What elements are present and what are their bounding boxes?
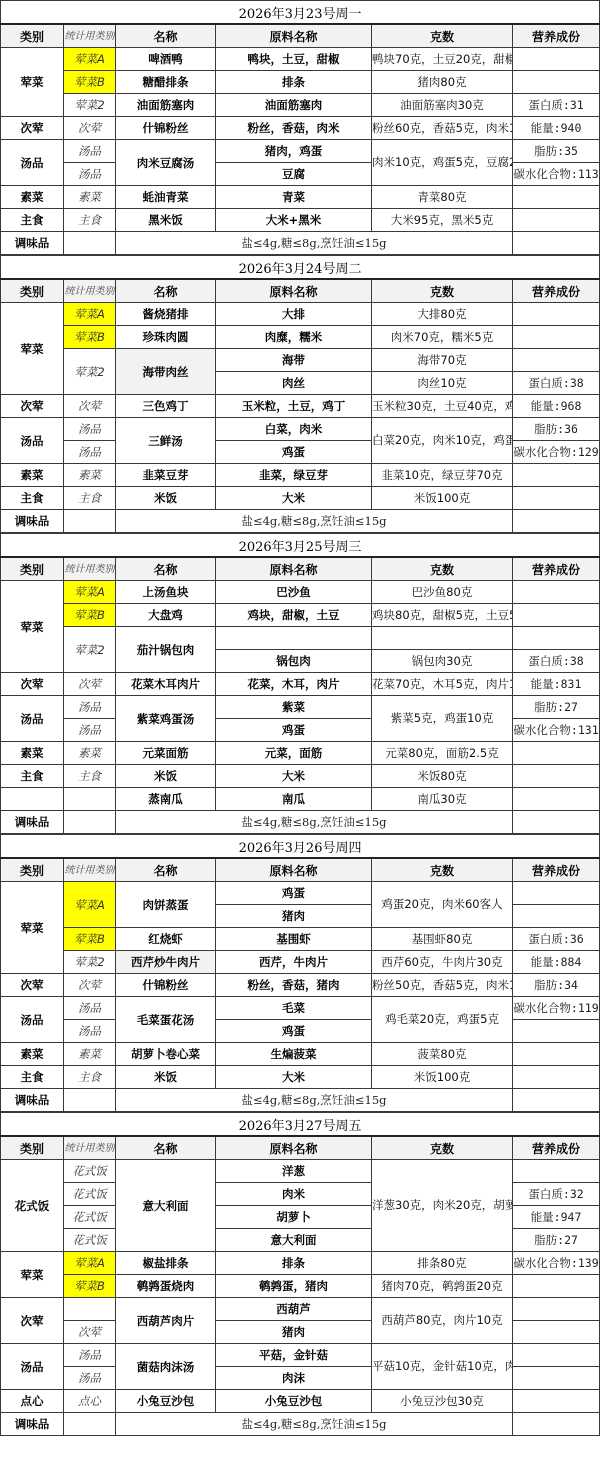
grams-cell: 米饭80克	[372, 765, 513, 788]
dish-name: 三色鸡丁	[116, 395, 216, 418]
day-table-fri: 2026年3月27号周五 类别 统计用类别 名称 原料名称 克数 营养成份 花式…	[0, 1112, 600, 1436]
condiment-limits: 盐≤4g,糖≤8g,烹饪油≤15g	[116, 232, 513, 255]
stat-category-cell	[64, 788, 116, 811]
dish-name: 蚝油青菜	[116, 186, 216, 209]
day-title: 2026年3月23号周一	[1, 1, 600, 25]
nutrition-empty	[513, 71, 600, 94]
header-category: 类别	[1, 557, 64, 581]
stat-category-cell: 汤品	[64, 441, 116, 464]
stat-category-cell: 花式饭	[64, 1160, 116, 1183]
day-title: 2026年3月26号周四	[1, 835, 600, 859]
ingredient-cell: 大米	[216, 487, 372, 510]
dish-name: 大盘鸡	[116, 604, 216, 627]
header-ingredients: 原料名称	[216, 279, 372, 303]
condiment-stat-empty	[64, 1089, 116, 1112]
grams-cell: 排条80克	[372, 1252, 513, 1275]
category-cell: 素菜	[1, 464, 64, 487]
nutrition-empty	[513, 1298, 600, 1321]
nutrition-empty	[513, 1367, 600, 1390]
dish-name: 米饭	[116, 487, 216, 510]
header-name: 名称	[116, 858, 216, 882]
dish-name: 油面筋塞肉	[116, 94, 216, 117]
stat-category-cell: 花式饭	[64, 1206, 116, 1229]
day-table-thu: 2026年3月26号周四 类别 统计用类别 名称 原料名称 克数 营养成份 荤菜…	[0, 834, 600, 1112]
dish-name: 椒盐排条	[116, 1252, 216, 1275]
dish-name: 胡萝卜卷心菜	[116, 1043, 216, 1066]
stat-category-cell: 花式饭	[64, 1183, 116, 1206]
category-cell: 素菜	[1, 186, 64, 209]
nutrition-empty	[513, 510, 600, 533]
ingredient-cell: 巴沙鱼	[216, 581, 372, 604]
nutrition-protein: 蛋白质:38	[513, 372, 600, 395]
nutrition-empty	[513, 464, 600, 487]
stat-category-cell: 点心	[64, 1390, 116, 1413]
grams-cell: 紫菜5克，鸡蛋10克	[372, 696, 513, 742]
grams-cell: 大排80克	[372, 303, 513, 326]
condiment-label: 调味品	[1, 510, 64, 533]
ingredient-cell: 大排	[216, 303, 372, 326]
day-table-mon: 2026年3月23号周一 类别 统计用类别 名称 原料名称 克数 营养成份 荤菜…	[0, 0, 600, 255]
stat-category-cell: 荤菜B	[64, 1275, 116, 1298]
stat-category-cell: 荤菜2	[64, 349, 116, 395]
ingredient-cell: 猪肉	[216, 905, 372, 928]
nutrition-empty	[513, 811, 600, 834]
stat-category-cell: 花式饭	[64, 1229, 116, 1252]
grams-cell: 海带70克	[372, 349, 513, 372]
stat-category-cell: 次荤	[64, 395, 116, 418]
category-cell: 主食	[1, 487, 64, 510]
stat-category-cell: 荤菜A	[64, 303, 116, 326]
stat-category-cell: 次荤	[64, 117, 116, 140]
day-table-tue: 2026年3月24号周二 类别 统计用类别 名称 原料名称 克数 营养成份 荤菜…	[0, 255, 600, 533]
header-ingredients: 原料名称	[216, 24, 372, 48]
nutrition-empty	[513, 882, 600, 905]
nutrition-carbs: 碳水化合物:129	[513, 441, 600, 464]
dish-name: 菌菇肉沫汤	[116, 1344, 216, 1390]
ingredient-cell: 西芹，牛肉片	[216, 951, 372, 974]
header-name: 名称	[116, 279, 216, 303]
nutrition-empty	[513, 1275, 600, 1298]
category-cell: 主食	[1, 209, 64, 232]
stat-category-cell	[64, 1298, 116, 1321]
stat-category-cell: 荤菜A	[64, 48, 116, 71]
condiment-label: 调味品	[1, 811, 64, 834]
ingredient-cell: 锅包肉	[216, 650, 372, 673]
stat-category-cell: 主食	[64, 209, 116, 232]
dish-name: 小兔豆沙包	[116, 1390, 216, 1413]
nutrition-empty	[513, 604, 600, 627]
category-cell: 素菜	[1, 1043, 64, 1066]
grams-cell: 平菇10克，金针菇10克，肉沫10克	[372, 1344, 513, 1390]
header-ingredients: 原料名称	[216, 858, 372, 882]
dish-name: 肉米豆腐汤	[116, 140, 216, 186]
header-stat-category: 统计用类别	[64, 24, 116, 48]
category-cell: 素菜	[1, 742, 64, 765]
nutrition-fat: 脂肪:34	[513, 974, 600, 997]
nutrition-fat: 脂肪:27	[513, 696, 600, 719]
dish-name: 上汤鱼块	[116, 581, 216, 604]
ingredient-cell: 平菇，金针菇	[216, 1344, 372, 1367]
nutrition-empty	[513, 1413, 600, 1436]
day-title: 2026年3月24号周二	[1, 256, 600, 280]
category-cell: 汤品	[1, 140, 64, 186]
dish-name: 珍珠肉圆	[116, 326, 216, 349]
ingredient-cell: 南瓜	[216, 788, 372, 811]
ingredient-cell: 粉丝，香菇，猪肉	[216, 974, 372, 997]
nutrition-empty	[513, 232, 600, 255]
grams-cell: 大米95克，黑米5克	[372, 209, 513, 232]
grams-cell: 粉丝60克，香菇5克，肉米10克	[372, 117, 513, 140]
grams-cell: 韭菜10克，绿豆芽70克	[372, 464, 513, 487]
header-ingredients: 原料名称	[216, 557, 372, 581]
ingredient-cell: 猪肉，鸡蛋	[216, 140, 372, 163]
grams-cell: 小兔豆沙包30克	[372, 1390, 513, 1413]
stat-category-cell: 主食	[64, 765, 116, 788]
nutrition-carbs: 碳水化合物:139	[513, 1252, 600, 1275]
dish-name: 元菜面筋	[116, 742, 216, 765]
ingredient-cell: 鸡蛋	[216, 441, 372, 464]
ingredient-cell: 白菜，肉米	[216, 418, 372, 441]
header-grams: 克数	[372, 858, 513, 882]
stat-category-cell: 荤菜2	[64, 627, 116, 673]
category-cell: 荤菜	[1, 882, 64, 974]
ingredient-cell: 排条	[216, 1252, 372, 1275]
dish-name: 什锦粉丝	[116, 117, 216, 140]
stat-category-cell: 汤品	[64, 1020, 116, 1043]
category-cell: 汤品	[1, 418, 64, 464]
ingredient-cell: 大米	[216, 1066, 372, 1089]
stat-category-cell: 汤品	[64, 163, 116, 186]
nutrition-fat: 脂肪:35	[513, 140, 600, 163]
nutrition-empty	[513, 1344, 600, 1367]
category-cell: 花式饭	[1, 1160, 64, 1252]
header-grams: 克数	[372, 557, 513, 581]
stat-category-cell: 素菜	[64, 742, 116, 765]
grams-cell: 玉米粒30克，土豆40克，鸡丁10克	[372, 395, 513, 418]
ingredient-cell: 洋葱	[216, 1160, 372, 1183]
nutrition-empty	[513, 186, 600, 209]
nutrition-fat: 脂肪:36	[513, 418, 600, 441]
nutrition-empty	[513, 765, 600, 788]
ingredient-cell: 胡萝卜	[216, 1206, 372, 1229]
grams-cell: 米饭100克	[372, 487, 513, 510]
ingredient-cell: 韭菜，绿豆芽	[216, 464, 372, 487]
nutrition-energy: 能量:831	[513, 673, 600, 696]
grams-cell: 肉米10克，鸡蛋5克，豆腐25克	[372, 140, 513, 186]
nutrition-energy: 能量:940	[513, 117, 600, 140]
header-category: 类别	[1, 24, 64, 48]
grams-cell: 青菜80克	[372, 186, 513, 209]
header-grams: 克数	[372, 279, 513, 303]
dish-name: 毛菜蛋花汤	[116, 997, 216, 1043]
dish-name: 糖醋排条	[116, 71, 216, 94]
stat-category-cell: 荤菜B	[64, 928, 116, 951]
dish-name: 啤酒鸭	[116, 48, 216, 71]
grams-cell: 花菜70克，木耳5克，肉片10克	[372, 673, 513, 696]
ingredient-cell: 大米	[216, 765, 372, 788]
grams-cell: 鸡蛋20克，肉米60客人	[372, 882, 513, 928]
nutrition-empty	[513, 1390, 600, 1413]
ingredient-cell: 生煸菠菜	[216, 1043, 372, 1066]
dish-name: 韭菜豆芽	[116, 464, 216, 487]
dish-name: 三鲜汤	[116, 418, 216, 464]
nutrition-protein: 蛋白质:31	[513, 94, 600, 117]
category-cell: 次荤	[1, 395, 64, 418]
nutrition-energy: 能量:947	[513, 1206, 600, 1229]
condiment-limits: 盐≤4g,糖≤8g,烹饪油≤15g	[116, 1413, 513, 1436]
stat-category-cell: 荤菜B	[64, 604, 116, 627]
dish-name: 紫菜鸡蛋汤	[116, 696, 216, 742]
nutrition-empty	[513, 1160, 600, 1183]
grams-cell: 锅包肉30克	[372, 650, 513, 673]
condiment-limits: 盐≤4g,糖≤8g,烹饪油≤15g	[116, 510, 513, 533]
stat-category-cell: 汤品	[64, 1367, 116, 1390]
category-cell: 汤品	[1, 1344, 64, 1390]
nutrition-fat: 脂肪:27	[513, 1229, 600, 1252]
dish-name: 米饭	[116, 1066, 216, 1089]
dish-name: 海带肉丝	[116, 349, 216, 395]
header-grams: 克数	[372, 1136, 513, 1160]
dish-name: 茄汁锅包肉	[116, 627, 216, 673]
grams-cell: 猪肉80克	[372, 71, 513, 94]
stat-category-cell: 荤菜A	[64, 1252, 116, 1275]
category-cell: 点心	[1, 1390, 64, 1413]
ingredient-cell: 元菜，面筋	[216, 742, 372, 765]
stat-category-cell: 汤品	[64, 418, 116, 441]
ingredient-cell: 花菜，木耳，肉片	[216, 673, 372, 696]
dish-name: 蒸南瓜	[116, 788, 216, 811]
header-nutrition: 营养成份	[513, 279, 600, 303]
header-stat-category: 统计用类别	[64, 557, 116, 581]
dish-name: 意大利面	[116, 1160, 216, 1252]
stat-category-cell: 素菜	[64, 1043, 116, 1066]
grams-cell: 鸡毛菜20克，鸡蛋5克	[372, 997, 513, 1043]
ingredient-cell: 油面筋塞肉	[216, 94, 372, 117]
stat-category-cell: 荤菜2	[64, 951, 116, 974]
grams-cell: 油面筋塞肉30克	[372, 94, 513, 117]
grams-cell: 猪肉70克，鹌鹑蛋20克	[372, 1275, 513, 1298]
day-table-wed: 2026年3月25号周三 类别 统计用类别 名称 原料名称 克数 营养成份 荤菜…	[0, 533, 600, 834]
nutrition-empty	[513, 48, 600, 71]
condiment-stat-empty	[64, 510, 116, 533]
grams-cell: 元菜80克，面筋2.5克	[372, 742, 513, 765]
ingredient-cell: 肉米	[216, 1183, 372, 1206]
dish-name: 西葫芦肉片	[116, 1298, 216, 1344]
category-cell: 次荤	[1, 974, 64, 997]
nutrition-protein: 蛋白质:36	[513, 928, 600, 951]
nutrition-carbs: 碳水化合物:113	[513, 163, 600, 186]
nutrition-empty	[513, 1066, 600, 1089]
stat-category-cell: 汤品	[64, 997, 116, 1020]
nutrition-energy: 能量:968	[513, 395, 600, 418]
weekly-menu: 2026年3月23号周一 类别 统计用类别 名称 原料名称 克数 营养成份 荤菜…	[0, 0, 600, 1436]
ingredient-cell: 海带	[216, 349, 372, 372]
dish-name: 西芹炒牛肉片	[116, 951, 216, 974]
header-name: 名称	[116, 1136, 216, 1160]
stat-category-cell: 荤菜2	[64, 94, 116, 117]
dish-name: 鹌鹑蛋烧肉	[116, 1275, 216, 1298]
category-cell: 次荤	[1, 1298, 64, 1344]
ingredient-cell: 鸡蛋	[216, 719, 372, 742]
ingredient-cell: 毛菜	[216, 997, 372, 1020]
condiment-label: 调味品	[1, 1089, 64, 1112]
header-nutrition: 营养成份	[513, 858, 600, 882]
header-nutrition: 营养成份	[513, 1136, 600, 1160]
stat-category-cell: 主食	[64, 1066, 116, 1089]
ingredient-cell: 猪肉	[216, 1321, 372, 1344]
nutrition-carbs: 碳水化合物:131	[513, 719, 600, 742]
header-stat-category: 统计用类别	[64, 1136, 116, 1160]
grams-cell: 基围虾80克	[372, 928, 513, 951]
stat-category-cell: 次荤	[64, 974, 116, 997]
ingredient-cell: 豆腐	[216, 163, 372, 186]
dish-name: 什锦粉丝	[116, 974, 216, 997]
grams-cell: 西葫芦80克，肉片10克	[372, 1298, 513, 1344]
header-stat-category: 统计用类别	[64, 279, 116, 303]
condiment-stat-empty	[64, 1413, 116, 1436]
category-cell: 荤菜	[1, 48, 64, 117]
grams-cell: 菠菜80克	[372, 1043, 513, 1066]
ingredient-cell: 肉丝	[216, 372, 372, 395]
nutrition-empty	[513, 1020, 600, 1043]
grams-cell: 鸭块70克，土豆20克，甜椒10克	[372, 48, 513, 71]
nutrition-empty	[513, 1321, 600, 1344]
header-category: 类别	[1, 858, 64, 882]
dish-name: 肉饼蒸蛋	[116, 882, 216, 928]
stat-category-cell: 荤菜A	[64, 581, 116, 604]
ingredient-cell: 鸡蛋	[216, 1020, 372, 1043]
nutrition-empty	[513, 581, 600, 604]
day-title: 2026年3月25号周三	[1, 534, 600, 558]
header-category: 类别	[1, 1136, 64, 1160]
nutrition-empty	[513, 303, 600, 326]
header-nutrition: 营养成份	[513, 557, 600, 581]
category-cell	[1, 788, 64, 811]
nutrition-empty	[513, 209, 600, 232]
grams-cell: 巴沙鱼80克	[372, 581, 513, 604]
ingredient-cell: 鸡块，甜椒，土豆	[216, 604, 372, 627]
nutrition-protein: 蛋白质:38	[513, 650, 600, 673]
nutrition-empty	[513, 742, 600, 765]
stat-category-cell: 汤品	[64, 719, 116, 742]
grams-cell: 洋葱30克，肉米20克，胡萝卜10克，意大利面60克	[372, 1160, 513, 1252]
header-category: 类别	[1, 279, 64, 303]
condiment-limits: 盐≤4g,糖≤8g,烹饪油≤15g	[116, 811, 513, 834]
category-cell: 荤菜	[1, 303, 64, 395]
ingredient-cell: 基围虾	[216, 928, 372, 951]
stat-category-cell: 荤菜B	[64, 326, 116, 349]
category-cell: 汤品	[1, 997, 64, 1043]
nutrition-empty	[513, 326, 600, 349]
ingredient-cell: 小兔豆沙包	[216, 1390, 372, 1413]
category-cell: 次荤	[1, 673, 64, 696]
grams-cell: 肉米70克，糯米5克	[372, 326, 513, 349]
dish-name: 米饭	[116, 765, 216, 788]
grams-cell: 白菜20克，肉米10克，鸡蛋5克	[372, 418, 513, 464]
ingredient-cell: 意大利面	[216, 1229, 372, 1252]
dish-name: 花菜木耳肉片	[116, 673, 216, 696]
ingredient-cell: 紫菜	[216, 696, 372, 719]
header-stat-category: 统计用类别	[64, 858, 116, 882]
condiment-label: 调味品	[1, 1413, 64, 1436]
nutrition-protein: 蛋白质:32	[513, 1183, 600, 1206]
nutrition-empty	[513, 487, 600, 510]
stat-category-cell: 素菜	[64, 464, 116, 487]
stat-category-cell: 荤菜B	[64, 71, 116, 94]
stat-category-cell: 荤菜A	[64, 882, 116, 928]
header-grams: 克数	[372, 24, 513, 48]
nutrition-empty	[513, 349, 600, 372]
nutrition-empty	[513, 788, 600, 811]
nutrition-empty	[513, 905, 600, 928]
nutrition-carbs: 碳水化合物:119	[513, 997, 600, 1020]
nutrition-energy: 能量:884	[513, 951, 600, 974]
ingredient-cell: 肉糜，糯米	[216, 326, 372, 349]
nutrition-empty	[513, 627, 600, 650]
category-cell: 主食	[1, 765, 64, 788]
ingredient-cell: 鹌鹑蛋，猪肉	[216, 1275, 372, 1298]
dish-name: 黑米饭	[116, 209, 216, 232]
stat-category-cell: 汤品	[64, 1344, 116, 1367]
grams-cell: 南瓜30克	[372, 788, 513, 811]
ingredient-cell: 西葫芦	[216, 1298, 372, 1321]
dish-name: 红烧虾	[116, 928, 216, 951]
condiment-label: 调味品	[1, 232, 64, 255]
grams-cell: 鸡块80克，甜椒5克，土豆5克	[372, 604, 513, 627]
day-title: 2026年3月27号周五	[1, 1113, 600, 1137]
grams-cell: 粉丝50克，香菇5克，肉米10克	[372, 974, 513, 997]
ingredient-cell: 玉米粒，土豆，鸡丁	[216, 395, 372, 418]
nutrition-empty	[513, 1089, 600, 1112]
ingredient-cell: 肉沫	[216, 1367, 372, 1390]
dish-name: 酱烧猪排	[116, 303, 216, 326]
ingredient-cell: 大米+黑米	[216, 209, 372, 232]
header-name: 名称	[116, 24, 216, 48]
grams-cell: 米饭100克	[372, 1066, 513, 1089]
header-name: 名称	[116, 557, 216, 581]
category-cell: 汤品	[1, 696, 64, 742]
grams-cell: 肉丝10克	[372, 372, 513, 395]
category-cell: 荤菜	[1, 581, 64, 673]
category-cell: 荤菜	[1, 1252, 64, 1298]
ingredient-cell: 排条	[216, 71, 372, 94]
header-ingredients: 原料名称	[216, 1136, 372, 1160]
stat-category-cell: 主食	[64, 487, 116, 510]
header-nutrition: 营养成份	[513, 24, 600, 48]
category-cell: 次荤	[1, 117, 64, 140]
category-cell: 主食	[1, 1066, 64, 1089]
ingredient-cell: 鸡蛋	[216, 882, 372, 905]
stat-category-cell: 汤品	[64, 696, 116, 719]
ingredient-cell	[216, 627, 372, 650]
stat-category-cell: 次荤	[64, 673, 116, 696]
ingredient-cell: 鸭块，土豆，甜椒	[216, 48, 372, 71]
condiment-limits: 盐≤4g,糖≤8g,烹饪油≤15g	[116, 1089, 513, 1112]
stat-category-cell: 素菜	[64, 186, 116, 209]
stat-category-cell: 汤品	[64, 140, 116, 163]
stat-category-cell: 次荤	[64, 1321, 116, 1344]
grams-cell	[372, 627, 513, 650]
ingredient-cell: 粉丝，香菇，肉米	[216, 117, 372, 140]
condiment-stat-empty	[64, 232, 116, 255]
grams-cell: 西芹60克，牛肉片30克	[372, 951, 513, 974]
condiment-stat-empty	[64, 811, 116, 834]
nutrition-empty	[513, 1043, 600, 1066]
ingredient-cell: 青菜	[216, 186, 372, 209]
